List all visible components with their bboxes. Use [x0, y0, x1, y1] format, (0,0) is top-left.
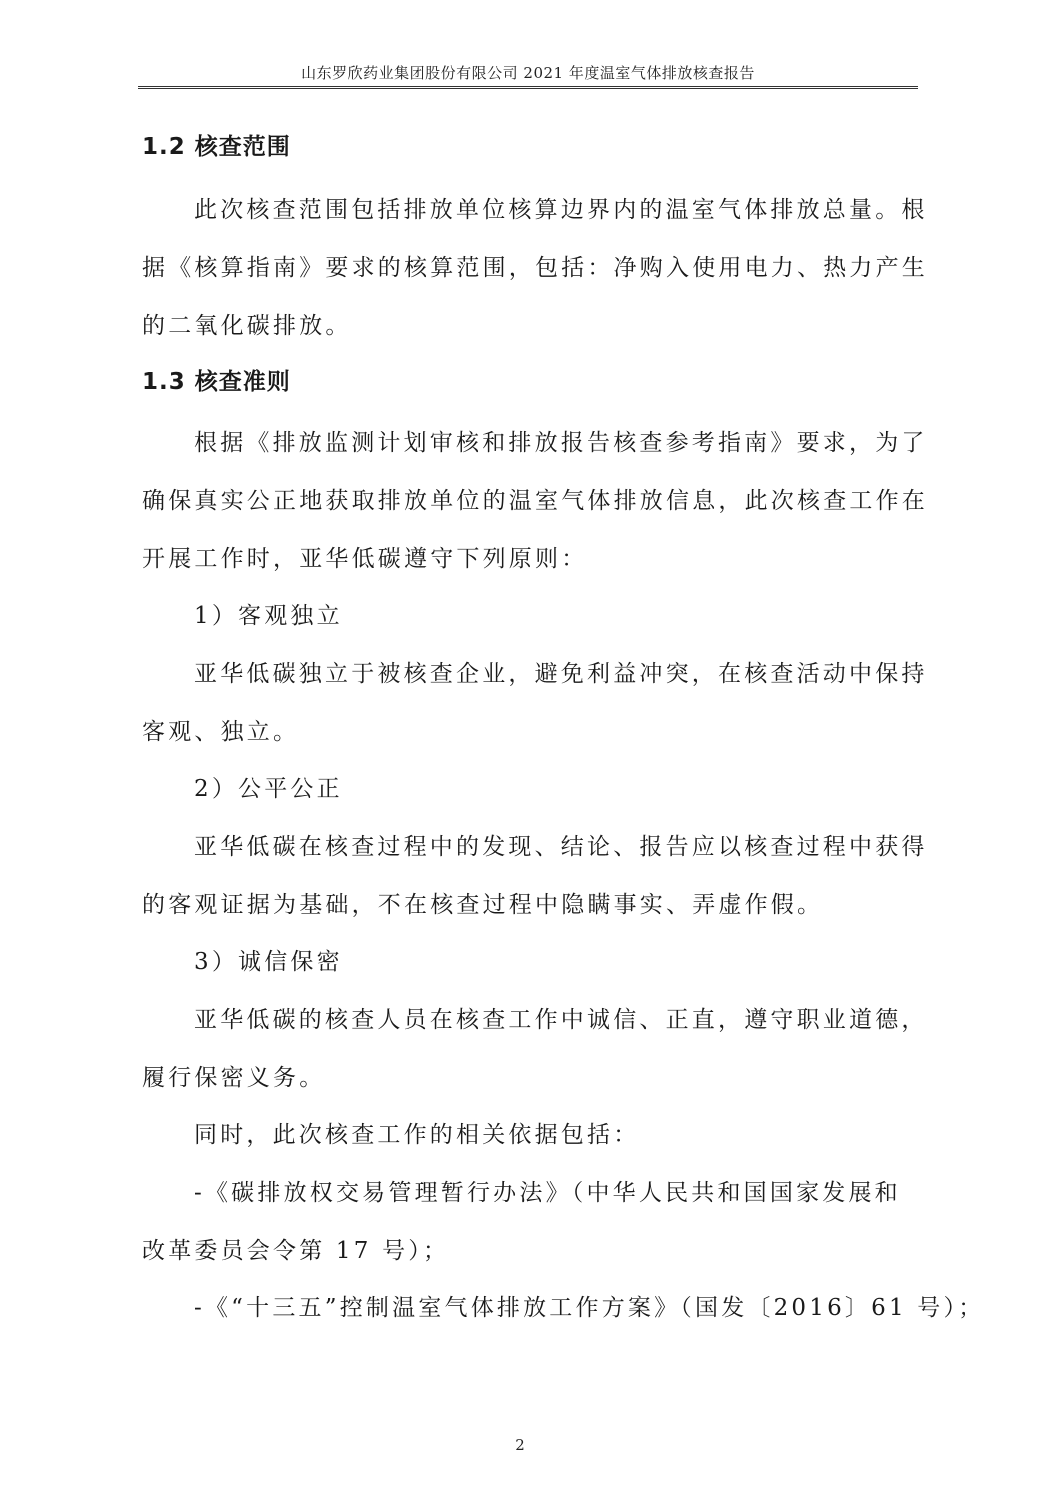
principle-title-1: 1）客观独立	[194, 601, 969, 631]
paragraph-line: 履行保密义务。	[142, 1063, 917, 1093]
paragraph-line: 的二氧化碳排放。	[142, 311, 917, 341]
paragraph-line: 客观、独立。	[142, 717, 917, 747]
paragraph-line: 根据《排放监测计划审核和排放报告核查参考指南》要求，为了	[194, 428, 969, 458]
paragraph-line: 同时，此次核查工作的相关依据包括：	[194, 1120, 969, 1150]
principle-title-3: 3）诚信保密	[194, 947, 969, 977]
paragraph-line: 此次核查范围包括排放单位核算边界内的温室气体排放总量。根	[194, 195, 969, 225]
section-heading-1-3: 1.3 核查准则	[142, 367, 917, 397]
principle-title-2: 2）公平公正	[194, 774, 969, 804]
document-header: 山东罗欣药业集团股份有限公司 2021 年度温室气体排放核查报告	[138, 62, 918, 83]
paragraph-line: 亚华低碳在核查过程中的发现、结论、报告应以核查过程中获得	[194, 832, 969, 862]
paragraph-line: 的客观证据为基础，不在核查过程中隐瞒事实、弄虚作假。	[142, 890, 917, 920]
paragraph-line: 亚华低碳独立于被核查企业，避免利益冲突，在核查活动中保持	[194, 659, 969, 689]
section-heading-1-2: 1.2 核查范围	[142, 132, 917, 162]
reference-item: -《碳排放权交易管理暂行办法》（中华人民共和国国家发展和	[194, 1178, 969, 1208]
reference-item: -《“十三五”控制温室气体排放工作方案》（国发〔2016〕61 号）；	[194, 1293, 969, 1323]
page-number: 2	[0, 1436, 1040, 1454]
paragraph-line: 亚华低碳的核查人员在核查工作中诚信、正直，遵守职业道德，	[194, 1005, 969, 1035]
paragraph-line: 确保真实公正地获取排放单位的温室气体排放信息，此次核查工作在	[142, 486, 917, 516]
paragraph-line: 据《核算指南》要求的核算范围，包括：净购入使用电力、热力产生	[142, 253, 917, 283]
reference-item-continuation: 改革委员会令第 17 号）；	[142, 1236, 917, 1266]
paragraph-line: 开展工作时，亚华低碳遵守下列原则：	[142, 544, 917, 574]
header-divider	[138, 86, 918, 89]
